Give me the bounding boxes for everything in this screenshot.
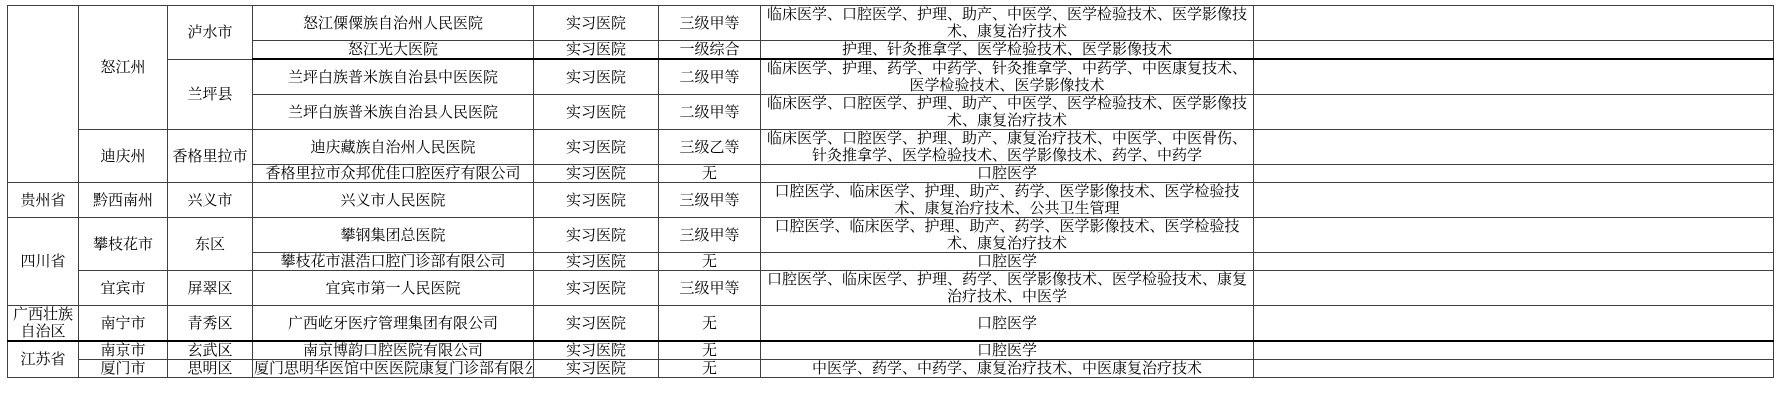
cell-blank bbox=[1254, 41, 1774, 60]
cell-grade: 三级甲等 bbox=[659, 218, 761, 253]
cell-hospital: 广西屹牙医疗管理集团有限公司 bbox=[253, 306, 534, 342]
cell-majors: 口腔医学 bbox=[761, 165, 1254, 183]
cell-majors: 口腔医学、临床医学、护理、助产、药学、医学影像技术、医学检验技术、康复治疗技术 bbox=[761, 218, 1254, 253]
cell-blank bbox=[1254, 6, 1774, 41]
table-row: 香格里拉市众邦优佳口腔医疗有限公司实习医院无口腔医学 bbox=[8, 165, 1774, 183]
table-row: 兰坪白族普米族自治县人民医院实习医院二级甲等临床医学、口腔医学、护理、助产、中医… bbox=[8, 95, 1774, 130]
cell-type: 实习医院 bbox=[534, 95, 659, 130]
cell-type: 实习医院 bbox=[534, 165, 659, 183]
cell-county: 玄武区 bbox=[168, 341, 253, 360]
cell-blank bbox=[1254, 360, 1774, 378]
cell-province: 广西壮族自治区 bbox=[8, 306, 79, 342]
cell-grade: 无 bbox=[659, 360, 761, 378]
cell-blank bbox=[1254, 130, 1774, 165]
cell-majors: 中医学、药学、中药学、康复治疗技术、中医康复治疗技术 bbox=[761, 360, 1254, 378]
cell-county: 兴义市 bbox=[168, 183, 253, 218]
table-row: 迪庆州香格里拉市迪庆藏族自治州人民医院实习医院三级乙等临床医学、口腔医学、护理、… bbox=[8, 130, 1774, 165]
cell-hospital: 兴义市人民医院 bbox=[253, 183, 534, 218]
cell-majors: 口腔医学 bbox=[761, 306, 1254, 342]
cell-type: 实习医院 bbox=[534, 218, 659, 253]
cell-grade: 三级乙等 bbox=[659, 130, 761, 165]
hospital-internship-table: 怒江州泸水市怒江傈僳族自治州人民医院实习医院三级甲等临床医学、口腔医学、护理、助… bbox=[7, 5, 1774, 378]
cell-grade: 三级甲等 bbox=[659, 271, 761, 306]
cell-prefecture: 怒江州 bbox=[79, 6, 168, 130]
cell-majors: 口腔医学、临床医学、护理、助产、药学、医学影像技术、医学检验技术、康复治疗技术、… bbox=[761, 183, 1254, 218]
cell-county: 青秀区 bbox=[168, 306, 253, 342]
cell-blank bbox=[1254, 271, 1774, 306]
table-row: 兰坪县兰坪白族普米族自治县中医医院实习医院二级甲等临床医学、护理、药学、中药学、… bbox=[8, 59, 1774, 95]
cell-grade: 二级甲等 bbox=[659, 95, 761, 130]
table-row: 厦门市思明区厦门思明华医馆中医医院康复门诊部有限公司实习医院无中医学、药学、中药… bbox=[8, 360, 1774, 378]
cell-majors: 护理、针灸推拿学、医学检验技术、医学影像技术 bbox=[761, 41, 1254, 60]
cell-prefecture: 南宁市 bbox=[79, 306, 168, 342]
cell-prefecture: 宜宾市 bbox=[79, 271, 168, 306]
cell-hospital: 厦门思明华医馆中医医院康复门诊部有限公司 bbox=[253, 360, 534, 378]
table-row: 怒江光大医院实习医院一级综合护理、针灸推拿学、医学检验技术、医学影像技术 bbox=[8, 41, 1774, 60]
cell-type: 实习医院 bbox=[534, 271, 659, 306]
table-row: 怒江州泸水市怒江傈僳族自治州人民医院实习医院三级甲等临床医学、口腔医学、护理、助… bbox=[8, 6, 1774, 41]
cell-type: 实习医院 bbox=[534, 183, 659, 218]
cell-province: 四川省 bbox=[8, 218, 79, 306]
cell-blank bbox=[1254, 59, 1774, 95]
cell-hospital: 攀钢集团总医院 bbox=[253, 218, 534, 253]
cell-grade: 无 bbox=[659, 253, 761, 271]
cell-prefecture: 攀枝花市 bbox=[79, 218, 168, 271]
cell-county: 泸水市 bbox=[168, 6, 253, 60]
cell-hospital: 攀枝花市湛浩口腔门诊部有限公司 bbox=[253, 253, 534, 271]
cell-blank bbox=[1254, 306, 1774, 342]
cell-county: 东区 bbox=[168, 218, 253, 271]
cell-type: 实习医院 bbox=[534, 360, 659, 378]
cell-grade: 三级甲等 bbox=[659, 183, 761, 218]
cell-majors: 临床医学、护理、药学、中药学、针灸推拿学、中药学、中医康复技术、医学检验技术、医… bbox=[761, 59, 1254, 95]
cell-type: 实习医院 bbox=[534, 130, 659, 165]
cell-prefecture: 厦门市 bbox=[79, 360, 168, 378]
cell-majors: 口腔医学 bbox=[761, 253, 1254, 271]
table-row: 四川省攀枝花市东区攀钢集团总医院实习医院三级甲等口腔医学、临床医学、护理、助产、… bbox=[8, 218, 1774, 253]
cell-blank bbox=[1254, 253, 1774, 271]
table-body: 怒江州泸水市怒江傈僳族自治州人民医院实习医院三级甲等临床医学、口腔医学、护理、助… bbox=[8, 6, 1774, 378]
cell-majors: 口腔医学 bbox=[761, 341, 1254, 360]
cell-type: 实习医院 bbox=[534, 341, 659, 360]
table-row: 贵州省黔西南州兴义市兴义市人民医院实习医院三级甲等口腔医学、临床医学、护理、助产… bbox=[8, 183, 1774, 218]
table-row: 攀枝花市湛浩口腔门诊部有限公司实习医院无口腔医学 bbox=[8, 253, 1774, 271]
cell-hospital: 怒江光大医院 bbox=[253, 41, 534, 60]
cell-hospital: 迪庆藏族自治州人民医院 bbox=[253, 130, 534, 165]
cell-blank bbox=[1254, 341, 1774, 360]
cell-grade: 无 bbox=[659, 165, 761, 183]
cell-majors: 临床医学、口腔医学、护理、助产、康复治疗技术、中医学、中医骨伤、针灸推拿学、医学… bbox=[761, 130, 1254, 165]
table-row: 江苏省南京市玄武区南京博韵口腔医院有限公司实习医院无口腔医学 bbox=[8, 341, 1774, 360]
cell-blank bbox=[1254, 183, 1774, 218]
cell-county: 思明区 bbox=[168, 360, 253, 378]
cell-type: 实习医院 bbox=[534, 306, 659, 342]
cell-county: 屏翠区 bbox=[168, 271, 253, 306]
cell-majors: 口腔医学、临床医学、护理、药学、医学影像技术、医学检验技术、康复治疗技术、中医学 bbox=[761, 271, 1254, 306]
cell-hospital: 南京博韵口腔医院有限公司 bbox=[253, 341, 534, 360]
cell-grade: 二级甲等 bbox=[659, 59, 761, 95]
cell-majors: 临床医学、口腔医学、护理、助产、中医学、医学检验技术、医学影像技术、康复治疗技术 bbox=[761, 95, 1254, 130]
cell-blank bbox=[1254, 165, 1774, 183]
cell-hospital: 怒江傈僳族自治州人民医院 bbox=[253, 6, 534, 41]
cell-hospital: 兰坪白族普米族自治县中医医院 bbox=[253, 59, 534, 95]
cell-prefecture: 迪庆州 bbox=[79, 130, 168, 183]
cell-hospital: 香格里拉市众邦优佳口腔医疗有限公司 bbox=[253, 165, 534, 183]
cell-province bbox=[8, 6, 79, 183]
cell-prefecture: 南京市 bbox=[79, 341, 168, 360]
cell-hospital: 宜宾市第一人民医院 bbox=[253, 271, 534, 306]
cell-majors: 临床医学、口腔医学、护理、助产、中医学、医学检验技术、医学影像技术、康复治疗技术 bbox=[761, 6, 1254, 41]
cell-blank bbox=[1254, 95, 1774, 130]
cell-province: 贵州省 bbox=[8, 183, 79, 218]
cell-type: 实习医院 bbox=[534, 41, 659, 60]
cell-grade: 一级综合 bbox=[659, 41, 761, 60]
cell-type: 实习医院 bbox=[534, 253, 659, 271]
cell-blank bbox=[1254, 218, 1774, 253]
cell-type: 实习医院 bbox=[534, 59, 659, 95]
cell-county: 兰坪县 bbox=[168, 59, 253, 130]
cell-province: 江苏省 bbox=[8, 341, 79, 378]
cell-type: 实习医院 bbox=[534, 6, 659, 41]
table-row: 宜宾市屏翠区宜宾市第一人民医院实习医院三级甲等口腔医学、临床医学、护理、药学、医… bbox=[8, 271, 1774, 306]
cell-county: 香格里拉市 bbox=[168, 130, 253, 183]
cell-grade: 无 bbox=[659, 341, 761, 360]
cell-hospital: 兰坪白族普米族自治县人民医院 bbox=[253, 95, 534, 130]
cell-prefecture: 黔西南州 bbox=[79, 183, 168, 218]
cell-grade: 无 bbox=[659, 306, 761, 342]
cell-grade: 三级甲等 bbox=[659, 6, 761, 41]
table-row: 广西壮族自治区南宁市青秀区广西屹牙医疗管理集团有限公司实习医院无口腔医学 bbox=[8, 306, 1774, 342]
